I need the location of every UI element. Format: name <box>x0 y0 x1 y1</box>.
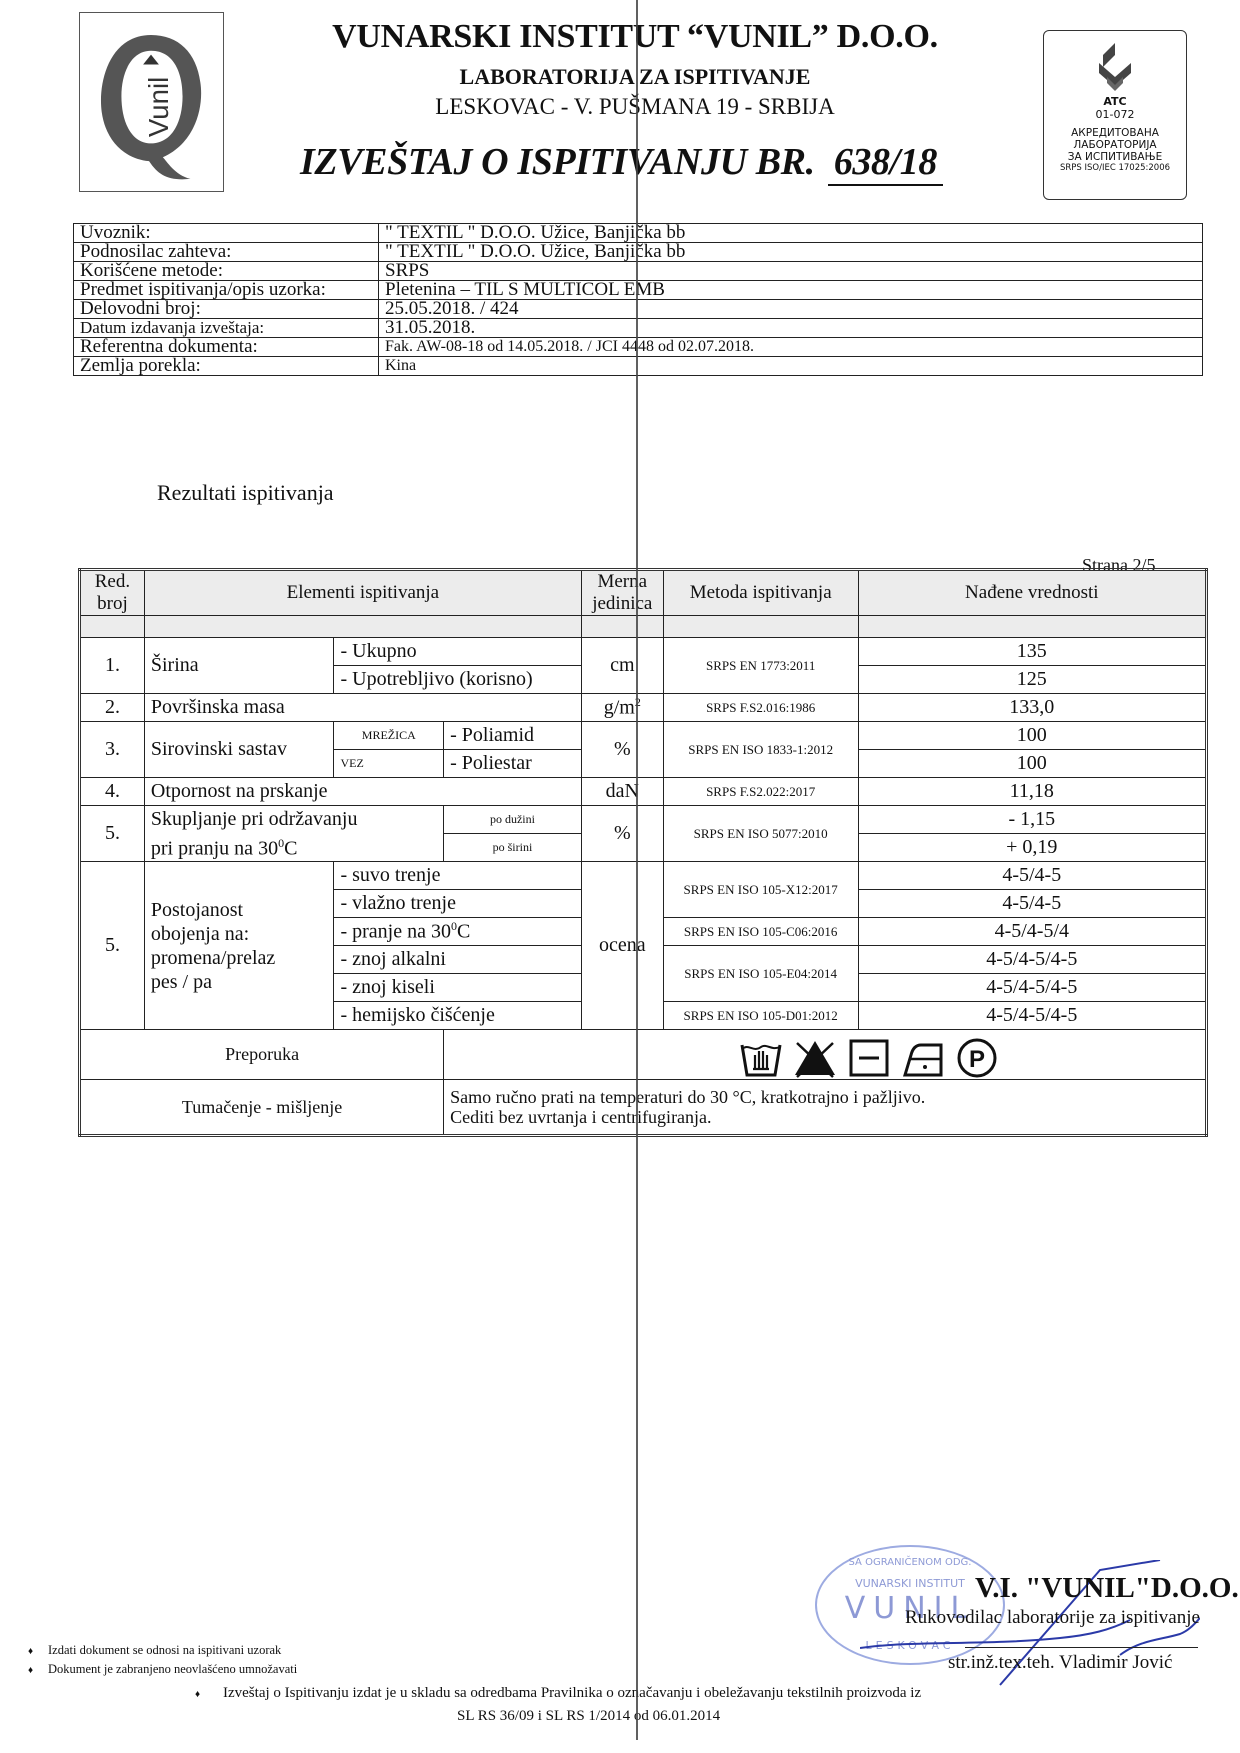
bullet-diamond-icon: ♦ <box>28 1665 48 1676</box>
element-name: Širina <box>144 638 334 694</box>
info-value: 31.05.2018. <box>379 319 1203 338</box>
header-no: Red. broj <box>80 570 145 616</box>
report-number: 638/18 <box>828 140 943 186</box>
element-sub: - vlažno trenje <box>334 890 581 918</box>
table-row: 4. Otpornost na prskanje daN SRPS F.S2.0… <box>80 778 1207 806</box>
row-number: 5. <box>80 862 145 1030</box>
element-part: VEZ <box>334 750 444 778</box>
element-name: Skupljanje pri održavanju pri pranju na … <box>144 806 443 862</box>
value: 4-5/4-5/4 <box>858 918 1206 946</box>
iron-low-icon <box>901 1037 945 1079</box>
element-sub: - Ukupno <box>334 638 581 666</box>
value: 133,0 <box>858 694 1206 722</box>
method: SRPS EN ISO 105-X12:2017 <box>663 862 858 918</box>
element-sub: - suvo trenje <box>334 862 581 890</box>
footer-note: ♦Dokument je zabranjeno neovlašćeno umno… <box>28 1662 297 1677</box>
info-label: Delovodni broj: <box>74 300 379 319</box>
report-info-table: Uvoznik:" TEXTIL " D.O.O. Užice, Banjičk… <box>73 223 1203 376</box>
header-values: Nađene vrednosti <box>858 570 1206 616</box>
footer-regulation-ref: SL RS 36/09 i SL RS 1/2014 od 06.01.2014 <box>457 1708 720 1725</box>
method: SRPS F.S2.022:2017 <box>663 778 858 806</box>
element-sub: - Poliestar <box>444 750 582 778</box>
row-number: 5. <box>80 806 145 862</box>
info-label: Referentna dokumenta: <box>74 338 379 357</box>
institute-name: VUNARSKI INSTITUT “VUNIL” D.O.O. <box>250 18 1020 56</box>
element-name: Otpornost na prskanje <box>144 778 581 806</box>
row-number: 1. <box>80 638 145 694</box>
element-part: MREŽICA <box>334 722 444 750</box>
svg-text:Vunil: Vunil <box>143 77 174 137</box>
laboratory-name: LABORATORIJA ZA ISPITIVANJE <box>250 64 1020 90</box>
info-label: Podnosilac zahteva: <box>74 243 379 262</box>
info-value: 25.05.2018. / 424 <box>379 300 1203 319</box>
method: SRPS EN ISO 105-C06:2016 <box>663 918 858 946</box>
table-row: 5. Postojanost obojenja na: promena/prel… <box>80 862 1207 890</box>
atc-code: ATC <box>1044 95 1186 108</box>
row-number: 2. <box>80 694 145 722</box>
results-heading: Rezultati ispitivanja <box>157 480 334 506</box>
value: 100 <box>858 750 1206 778</box>
unit: g/m2 <box>581 694 663 722</box>
info-row: Uvoznik:" TEXTIL " D.O.O. Užice, Banjičk… <box>74 224 1203 243</box>
info-label: Korišćene metode: <box>74 262 379 281</box>
results-header-row: Red. broj Elementi ispitivanja Merna jed… <box>80 570 1207 616</box>
row-number: 4. <box>80 778 145 806</box>
info-label: Uvoznik: <box>74 224 379 243</box>
value: 100 <box>858 722 1206 750</box>
element-sub: - pranje na 300C <box>334 918 581 946</box>
element-name: Sirovinski sastav <box>144 722 334 778</box>
info-row: Zemlja porekla:Kina <box>74 357 1203 376</box>
value: 4-5/4-5/4-5 <box>858 974 1206 1002</box>
bullet-diamond-icon: ♦ <box>28 1646 48 1657</box>
dry-flat-icon <box>847 1037 891 1079</box>
unit: % <box>581 806 663 862</box>
element-name: Postojanost obojenja na: promena/prelaz … <box>144 862 334 1030</box>
header-spacer-row <box>80 616 1207 638</box>
method: SRPS EN 1773:2011 <box>663 638 858 694</box>
care-symbols: P <box>444 1030 1207 1080</box>
info-row: Korišćene metode:SRPS <box>74 262 1203 281</box>
no-bleach-icon <box>793 1037 837 1079</box>
recommendation-row: Preporuka <box>80 1030 1207 1080</box>
info-value: Fak. AW-08-18 od 14.05.2018. / JCI 4448 … <box>379 338 1203 357</box>
signature-line <box>965 1647 1198 1648</box>
results-table: Red. broj Elementi ispitivanja Merna jed… <box>78 568 1208 1137</box>
info-label: Predmet ispitivanja/opis uzorka: <box>74 281 379 300</box>
dry-clean-p-icon: P <box>955 1037 999 1079</box>
signature-role: Rukovodilac laboratorije za ispitivanje <box>905 1607 1200 1629</box>
element-sub: po širini <box>444 834 582 862</box>
info-row: Podnosilac zahteva:" TEXTIL " D.O.O. Uži… <box>74 243 1203 262</box>
report-title-text: IZVEŠTAJ O ISPITIVANJU BR. <box>300 141 815 183</box>
element-name: Površinska masa <box>144 694 581 722</box>
bullet-diamond-icon: ♦ <box>195 1689 223 1700</box>
scan-artifact-line <box>636 0 638 1740</box>
value: 135 <box>858 638 1206 666</box>
atc-chevron-icon <box>1095 41 1135 93</box>
recommendation-label: Preporuka <box>80 1030 444 1080</box>
footer-regulation: ♦Izveštaj o Ispitivanju izdat je u sklad… <box>195 1685 921 1702</box>
value: 125 <box>858 666 1206 694</box>
info-row: Predmet ispitivanja/opis uzorka:Pletenin… <box>74 281 1203 300</box>
accreditation-badge: ATC 01-072 АКРЕДИТОВАНА ЛАБОРАТОРИЈА ЗА … <box>1043 30 1187 200</box>
signature-company: V.I. "VUNIL"D.O.O. <box>975 1572 1239 1605</box>
footer-note: ♦Izdati dokument se odnosi na ispitivani… <box>28 1643 281 1658</box>
value: 4-5/4-5 <box>858 862 1206 890</box>
method: SRPS EN ISO 105-E04:2014 <box>663 946 858 1002</box>
atc-line: ЛАБОРАТОРИЈА <box>1044 139 1186 151</box>
vunil-q-logo-icon: Vunil <box>79 12 224 192</box>
element-sub: - znoj alkalni <box>334 946 581 974</box>
header-method: Metoda ispitivanja <box>663 570 858 616</box>
method: SRPS EN ISO 1833-1:2012 <box>663 722 858 778</box>
opinion-row: Tumačenje - mišljenje Samo ručno prati n… <box>80 1080 1207 1136</box>
table-row: 3. Sirovinski sastav MREŽICA - Poliamid … <box>80 722 1207 750</box>
value: 4-5/4-5/4-5 <box>858 1002 1206 1030</box>
element-sub: - Poliamid <box>444 722 582 750</box>
method: SRPS EN ISO 5077:2010 <box>663 806 858 862</box>
info-label: Datum izdavanja izveštaja: <box>74 319 379 338</box>
unit: daN <box>581 778 663 806</box>
info-value: SRPS <box>379 262 1203 281</box>
info-row: Referentna dokumenta:Fak. AW-08-18 od 14… <box>74 338 1203 357</box>
report-title: IZVEŠTAJ O ISPITIVANJU BR. 638/18 <box>300 140 943 186</box>
info-row: Delovodni broj:25.05.2018. / 424 <box>74 300 1203 319</box>
atc-line: ЗА ИСПИТИВАЊЕ <box>1044 151 1186 163</box>
address: LESKOVAC - V. PUŠMANA 19 - SRBIJA <box>250 94 1020 120</box>
element-sub: po dužini <box>444 806 582 834</box>
value: 4-5/4-5 <box>858 890 1206 918</box>
header-elements: Elementi ispitivanja <box>144 570 581 616</box>
table-row: 2. Površinska masa g/m2 SRPS F.S2.016:19… <box>80 694 1207 722</box>
method: SRPS F.S2.016:1986 <box>663 694 858 722</box>
info-value: Pletenina – TIL S MULTICOL EMB <box>379 281 1203 300</box>
atc-standard: SRPS ISO/IEC 17025:2006 <box>1044 163 1186 174</box>
info-row: Datum izdavanja izveštaja:31.05.2018. <box>74 319 1203 338</box>
opinion-label: Tumačenje - mišljenje <box>80 1080 444 1136</box>
header-unit: Merna jedinica <box>581 570 663 616</box>
method: SRPS EN ISO 105-D01:2012 <box>663 1002 858 1030</box>
element-sub: - Upotrebljivo (korisno) <box>334 666 581 694</box>
hand-wash-icon <box>739 1037 783 1079</box>
info-value: Kina <box>379 357 1203 376</box>
value: + 0,19 <box>858 834 1206 862</box>
atc-line: АКРЕДИТОВАНА <box>1044 127 1186 139</box>
info-value: " TEXTIL " D.O.O. Užice, Banjička bb <box>379 224 1203 243</box>
table-row: 1. Širina - Ukupno cm SRPS EN 1773:2011 … <box>80 638 1207 666</box>
unit: % <box>581 722 663 778</box>
info-label: Zemlja porekla: <box>74 357 379 376</box>
signature-name: str.inž.tex.teh. Vladimir Jović <box>948 1652 1172 1674</box>
element-sub: - znoj kiseli <box>334 974 581 1002</box>
element-sub: - hemijsko čišćenje <box>334 1002 581 1030</box>
info-value: " TEXTIL " D.O.O. Užice, Banjička bb <box>379 243 1203 262</box>
atc-number: 01-072 <box>1044 108 1186 121</box>
unit: cm <box>581 638 663 694</box>
table-row: 5. Skupljanje pri održavanju pri pranju … <box>80 806 1207 834</box>
value: 11,18 <box>858 778 1206 806</box>
unit: ocena <box>581 862 663 1030</box>
opinion-text: Samo ručno prati na temperaturi do 30 °C… <box>444 1080 1207 1136</box>
value: - 1,15 <box>858 806 1206 834</box>
value: 4-5/4-5/4-5 <box>858 946 1206 974</box>
row-number: 3. <box>80 722 145 778</box>
svg-text:P: P <box>969 1046 985 1073</box>
